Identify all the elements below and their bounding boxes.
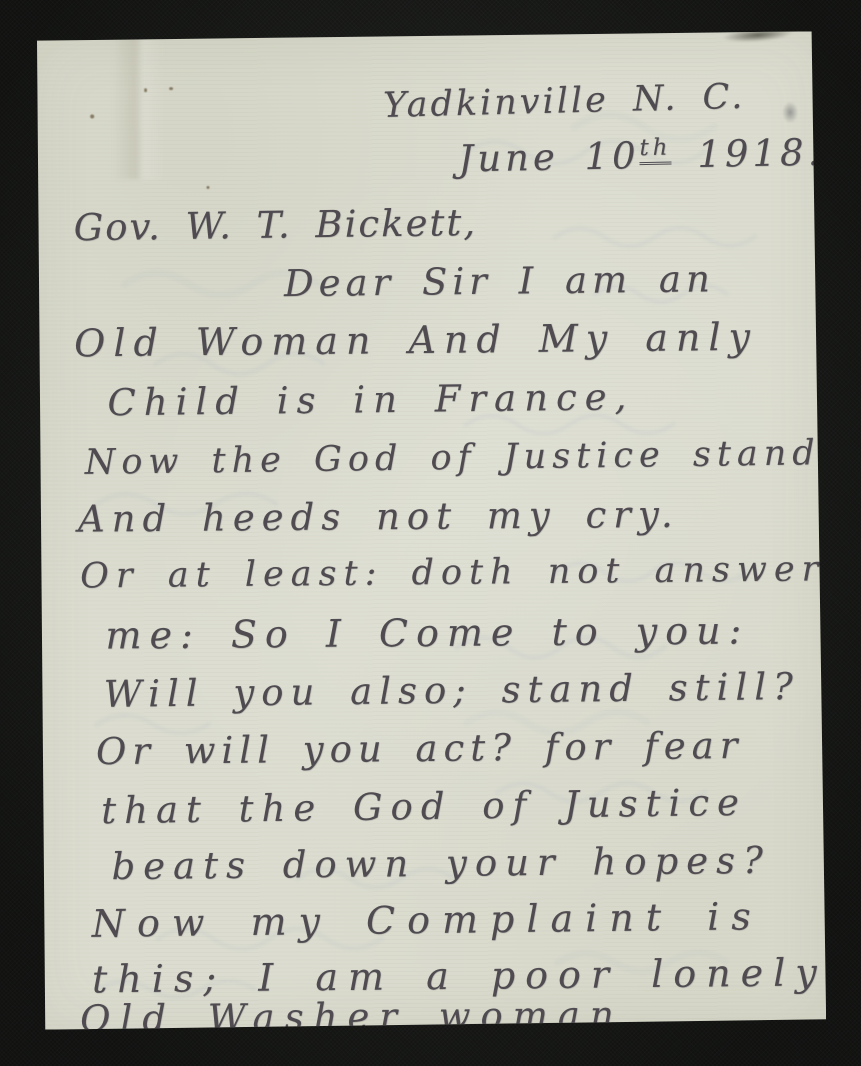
letter-line: Or will you act? for fear bbox=[96, 724, 744, 773]
letter-line: that the God of Justice bbox=[101, 781, 747, 832]
letter-line: beats down your hopes? bbox=[111, 839, 771, 888]
letter-line: Old Washer woman. bbox=[80, 993, 646, 1040]
letter-line: Dear Sir I am an bbox=[284, 257, 715, 305]
photo-backdrop: Yadkinville N. C.June 10th 1918.Gov. W. … bbox=[0, 0, 861, 1066]
date-year: 1918. bbox=[671, 131, 823, 177]
letter-page: Yadkinville N. C.June 10th 1918.Gov. W. … bbox=[34, 31, 826, 1029]
date-ordinal: th bbox=[639, 134, 672, 165]
date-prefix: June 10 bbox=[458, 134, 640, 180]
letter-line: Now my Complaint is bbox=[91, 894, 763, 946]
letter-line: Or at least: doth not answer bbox=[80, 549, 825, 596]
letter-line: And heeds not my cry. bbox=[78, 493, 680, 541]
letter-body: Yadkinville N. C.June 10th 1918.Gov. W. … bbox=[34, 31, 826, 1029]
letter-line: Yadkinville N. C. bbox=[383, 77, 746, 126]
letter-line: June 10th 1918. bbox=[458, 131, 824, 181]
letter-line: Now the God of Justice stands; bbox=[84, 433, 861, 483]
letter-line: Child is in France, bbox=[107, 375, 634, 424]
letter-line: Old Woman And My anly bbox=[74, 315, 758, 366]
letter-line: Will you also; stand still? bbox=[103, 665, 800, 716]
letter-line: me: So I Come to you: bbox=[105, 608, 749, 657]
letter-line: Gov. W. T. Bickett, bbox=[73, 201, 477, 249]
